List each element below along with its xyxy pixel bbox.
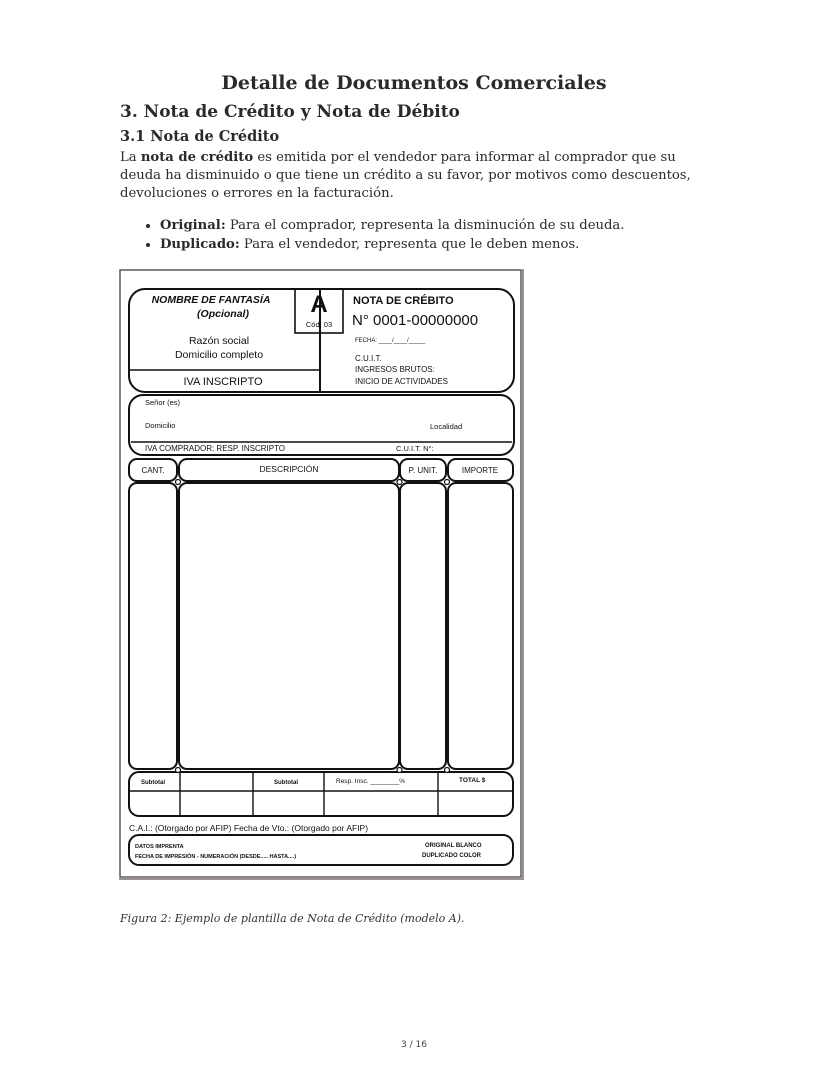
list-item: Original: Para el comprador, representa …	[160, 216, 625, 235]
intro-paragraph: La nota de crédito es emitida por el ven…	[120, 149, 720, 203]
iva-status: IVA INSCRIPTO	[183, 376, 263, 388]
duplicate-copy-label: DUPLICADO COLOR	[422, 853, 482, 859]
paragraph-prefix: La	[120, 150, 141, 165]
document-letter: A	[310, 291, 327, 318]
copies-list: Original: Para el comprador, representa …	[140, 216, 625, 254]
date-field: FECHA: ____/____/_____	[355, 338, 426, 344]
document-title: Detalle de Documentos Comerciales	[0, 72, 828, 94]
document-code: Cód. 03	[306, 320, 332, 329]
cuit-label: C.U.I.T.	[355, 354, 382, 363]
bullet-label: Original:	[160, 218, 226, 233]
gross-income-label: INGRESOS BRUTOS:	[355, 365, 435, 374]
totals-subtotal-1: Subtotal	[141, 780, 165, 786]
printer-data-label: DATOS IMPRENTA	[135, 844, 184, 850]
section-heading: 3. Nota de Crédito y Nota de Débito	[120, 102, 460, 122]
activity-start-label: INICIO DE ACTIVIDADES	[355, 377, 448, 386]
figure-caption: Figura 2: Ejemplo de plantilla de Nota d…	[120, 912, 465, 925]
totals-total: TOTAL $	[459, 777, 486, 784]
print-date-label: FECHA DE IMPRESIÓN - NUMERACIÓN (DESDE..…	[135, 852, 296, 860]
page-number: 3 / 16	[0, 1040, 828, 1050]
document-number: N° 0001-00000000	[352, 312, 478, 329]
bullet-text: Para el comprador, representa la disminu…	[226, 218, 625, 233]
original-copy-label: ORIGINAL BLANCO	[425, 843, 482, 849]
customer-address-label: Domicilio	[145, 421, 175, 430]
subsection-heading: 3.1 Nota de Crédito	[120, 128, 279, 145]
paragraph-bold-term: nota de crédito	[141, 150, 253, 165]
locality-label: Localidad	[430, 422, 462, 431]
customer-label: Señor (es)	[145, 398, 181, 407]
bullet-label: Duplicado:	[160, 237, 240, 252]
list-item: Duplicado: Para el vendedor, representa …	[160, 235, 625, 254]
column-header-quantity: CANT.	[141, 466, 164, 475]
business-name: Razón social	[189, 335, 249, 347]
column-header-description: DESCRIPCIÓN	[259, 464, 318, 474]
cai-label: C.A.I.: (Otorgado por AFIP) Fecha de Vto…	[129, 823, 368, 833]
totals-subtotal-2: Subtotal	[274, 780, 298, 786]
credit-note-form: NOMBRE DE FANTASÍA (Opcional) Razón soci…	[119, 269, 522, 878]
document-type: NOTA DE CRÉBITO	[353, 294, 454, 307]
column-header-unit-price: P. UNIT.	[409, 466, 438, 475]
optional-label: (Opcional)	[197, 308, 249, 320]
buyer-iva-label: IVA COMPRADOR: RESP. INSCRIPTO	[145, 444, 285, 453]
totals-resp-insc: Resp. Insc. ________%	[336, 778, 405, 785]
full-address: Domicilio completo	[175, 349, 263, 361]
credit-note-template-figure: NOMBRE DE FANTASÍA (Opcional) Razón soci…	[119, 269, 524, 880]
bullet-text: Para el vendedor, representa que le debe…	[240, 237, 580, 252]
column-header-amount: IMPORTE	[462, 466, 498, 475]
buyer-cuit-label: C.U.I.T. N°:	[396, 444, 434, 453]
fantasy-name: NOMBRE DE FANTASÍA	[152, 293, 271, 306]
